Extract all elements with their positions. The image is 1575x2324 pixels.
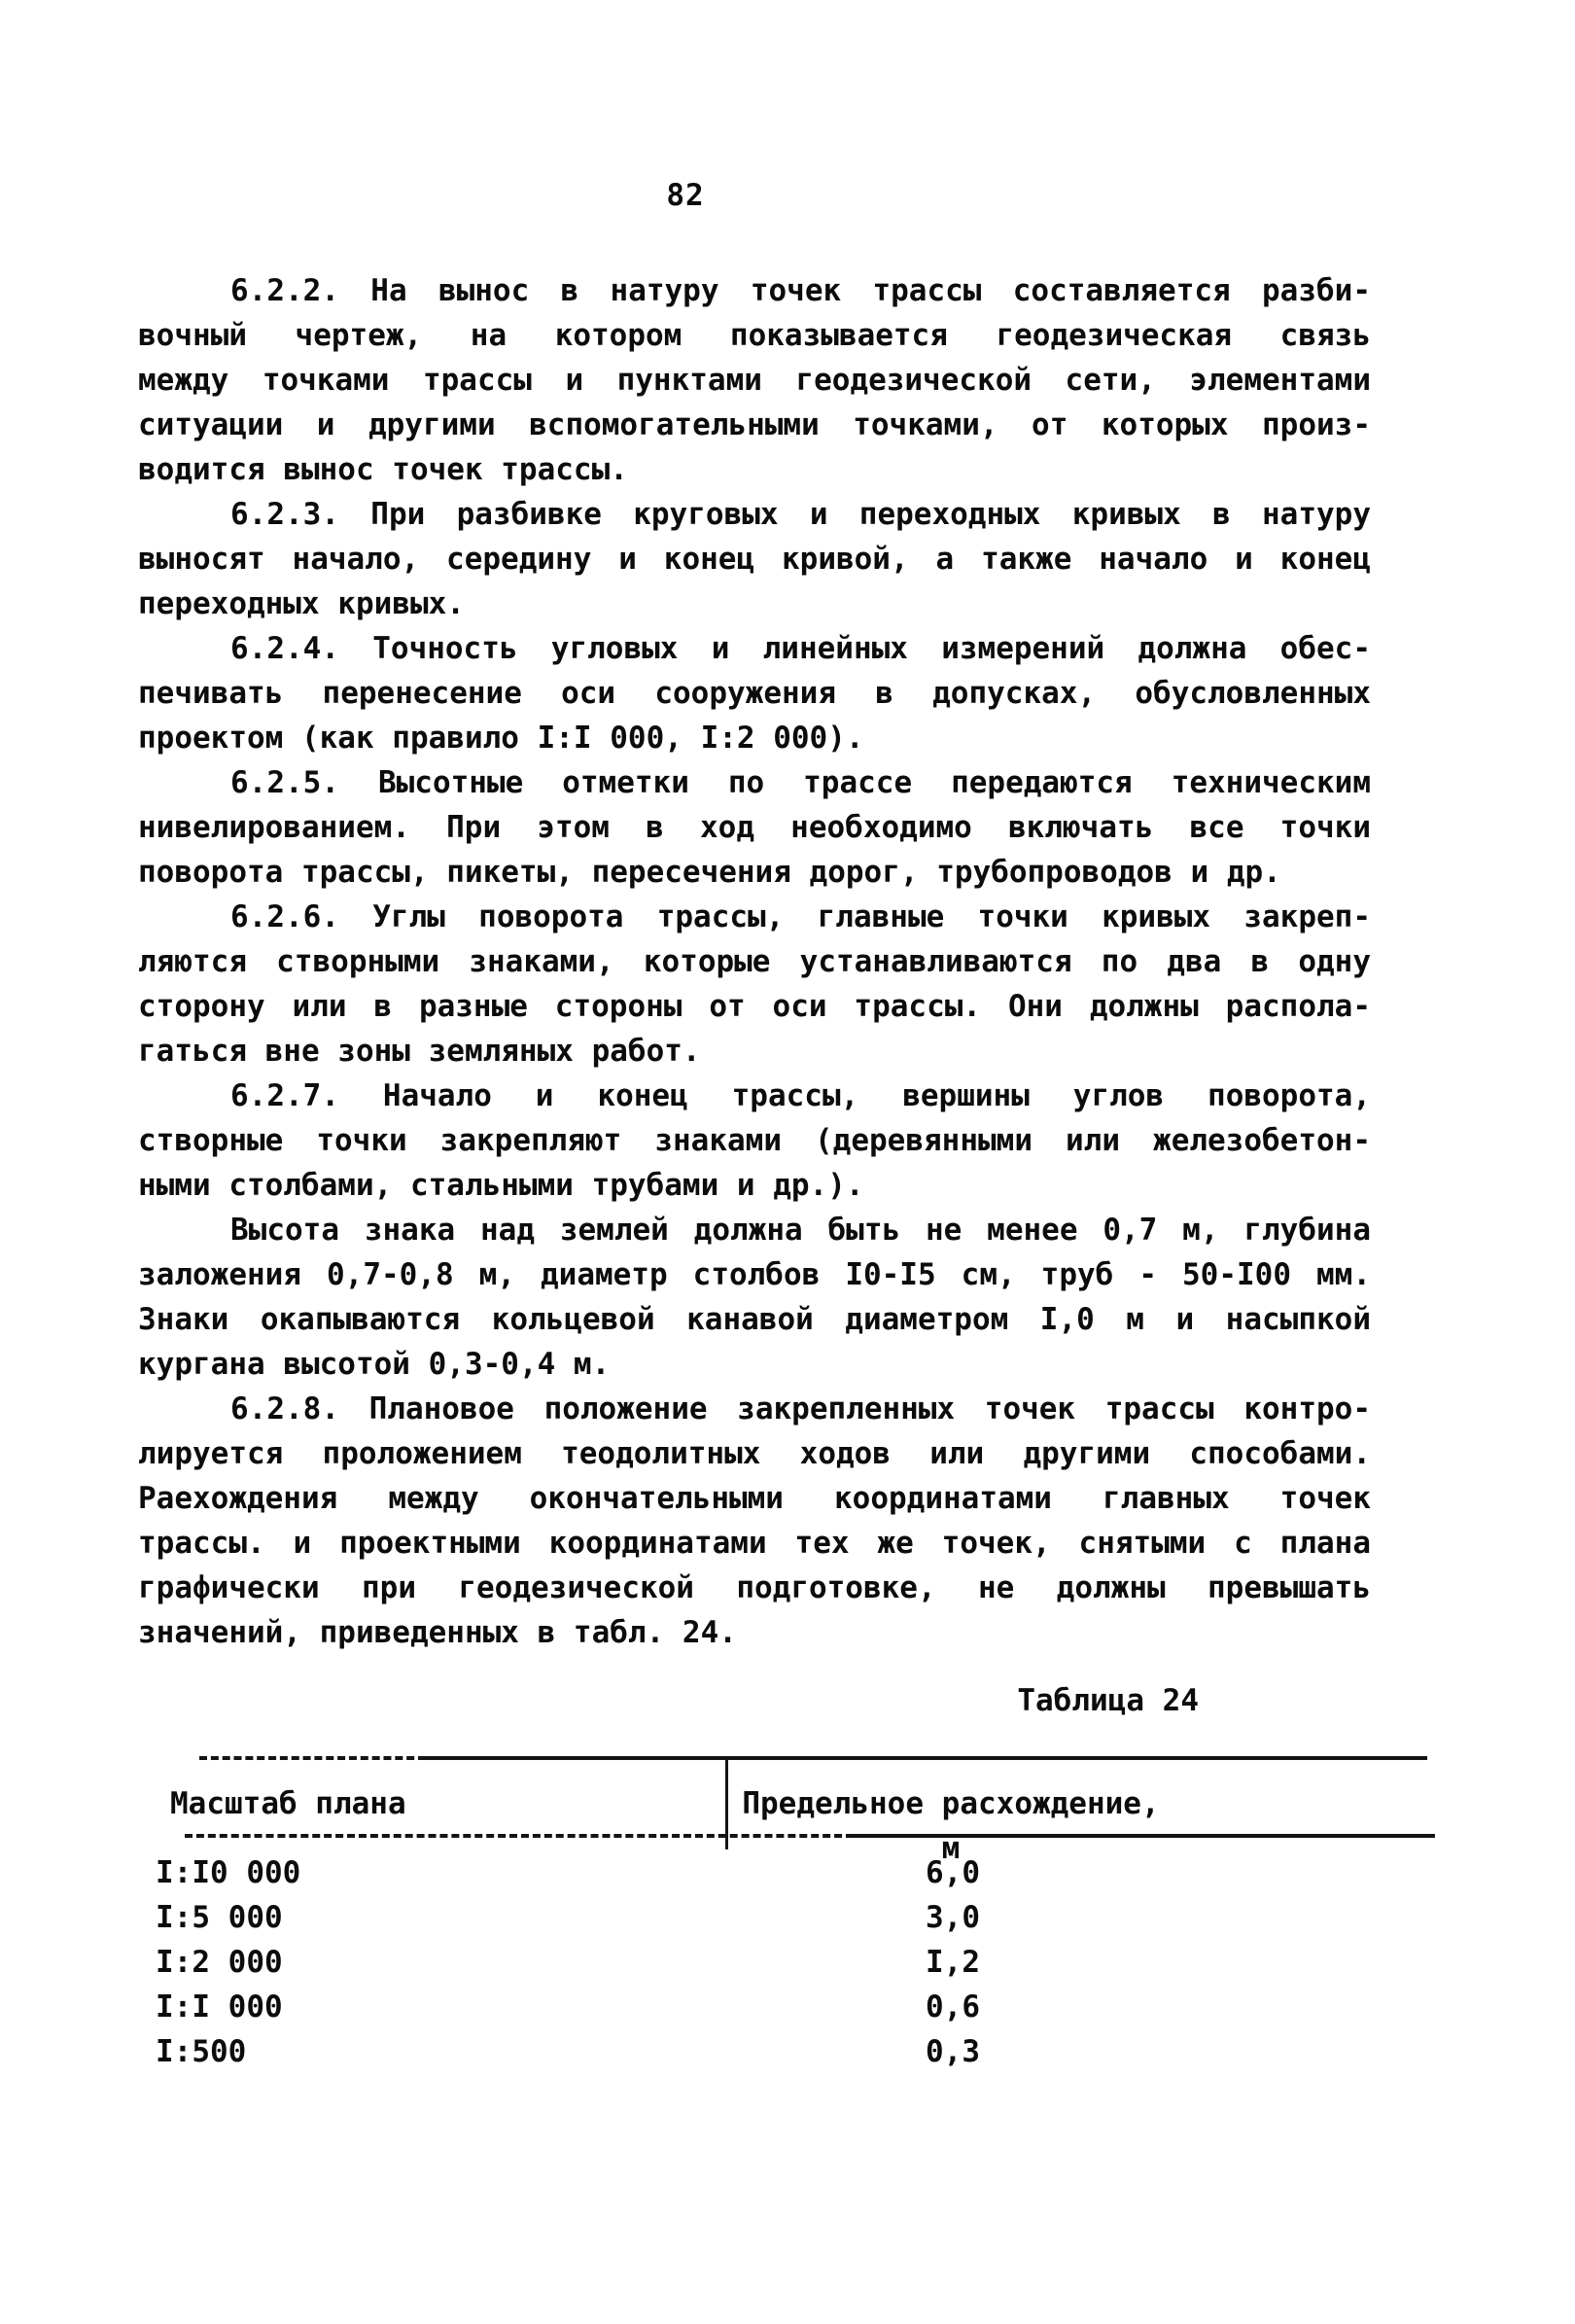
scale-cell: I:2 000 [156, 1940, 865, 1985]
text-line: печивать перенесение оси сооружения в до… [138, 671, 1371, 716]
text-line: заложения 0,7-0,8 м, диаметр столбов I0-… [138, 1252, 1371, 1297]
text-line: 6.2.8. Плановое положение закрепленных т… [138, 1387, 1371, 1431]
text-line: Высота знака над землей должна быть не м… [138, 1208, 1371, 1252]
text-line: створные точки закрепляют знаками (дерев… [138, 1118, 1371, 1163]
text-line: Знаки окапываются кольцевой канавой диам… [138, 1297, 1371, 1342]
text-line: 6.2.2. На вынос в натуру точек трассы со… [138, 268, 1371, 313]
table-row: I:2 000 I,2 [156, 1940, 1429, 1985]
text-line: ситуации и другими вспомогательными точк… [138, 403, 1371, 447]
text-line: лируется проложением теодолитных ходов и… [138, 1431, 1371, 1476]
table-row: I:500 0,3 [156, 2029, 1429, 2074]
page-number: 82 [0, 178, 1371, 213]
text-line: водится вынос точек трассы. [138, 447, 1371, 492]
table-header-separator-dashed [185, 1834, 854, 1838]
scanned-document-page: 82 6.2.2. На вынос в натуру точек трассы… [0, 0, 1575, 2324]
value-cell: 0,3 [865, 2029, 1040, 2074]
table-caption: Таблица 24 [136, 1678, 1199, 1723]
text-line: гаться вне зоны земляных работ. [138, 1029, 1371, 1074]
text-line: 6.2.6. Углы поворота трассы, главные точ… [138, 895, 1371, 939]
table-row: I:5 000 3,0 [156, 1895, 1429, 1940]
scale-cell: I:500 [156, 2029, 865, 2074]
scale-cell: I:5 000 [156, 1895, 865, 1940]
value-cell: 3,0 [865, 1895, 1040, 1940]
text-line: проектом (как правило I:I 000, I:2 000). [138, 716, 1371, 760]
text-line: значений, приведенных в табл. 24. [138, 1610, 1371, 1655]
text-line: Раехождения между окончательными координ… [138, 1476, 1371, 1521]
table-header-separator-solid [854, 1834, 1435, 1838]
text-line: ными столбами, стальными трубами и др.). [138, 1163, 1371, 1208]
value-cell: 0,6 [865, 1985, 1040, 2029]
text-line: поворота трассы, пикеты, пересечения дор… [138, 850, 1371, 895]
text-line: сторону или в разные стороны от оси трас… [138, 984, 1371, 1029]
table-row: I:I0 000 6,0 [156, 1850, 1429, 1895]
body-text-block: 6.2.2. На вынос в натуру точек трассы со… [138, 268, 1371, 1655]
text-line: графически при геодезической подготовке,… [138, 1566, 1371, 1610]
text-line: 6.2.7. Начало и конец трассы, вершины уг… [138, 1074, 1371, 1118]
text-line: нивелированием. При этом в ход необходим… [138, 805, 1371, 850]
text-line: трассы. и проектными координатами тех же… [138, 1521, 1371, 1566]
text-line: выносят начало, середину и конец кривой,… [138, 537, 1371, 581]
scale-cell: I:I0 000 [156, 1850, 865, 1895]
text-line: ляются створными знаками, которые устана… [138, 939, 1371, 984]
value-cell: 6,0 [865, 1850, 1040, 1895]
scale-cell: I:I 000 [156, 1985, 865, 2029]
table-row: I:I 000 0,6 [156, 1985, 1429, 2029]
table-body: I:I0 000 6,0 I:5 000 3,0 I:2 000 I,2 I:I… [156, 1850, 1429, 2074]
table-top-border-solid [426, 1756, 1427, 1760]
text-line: между точками трассы и пунктами геодезич… [138, 358, 1371, 403]
table-header-scale: Масштаб плана [170, 1781, 406, 1826]
table-header-discrepancy: Предельное расхождение, м [737, 1781, 1165, 1826]
text-line: вочный чертеж, на котором показывается г… [138, 313, 1371, 358]
table-top-border-dashed [199, 1756, 426, 1760]
value-cell: I,2 [865, 1940, 1040, 1985]
text-line: 6.2.3. При разбивке круговых и переходны… [138, 492, 1371, 537]
text-line: переходных кривых. [138, 581, 1371, 626]
text-line: 6.2.4. Точность угловых и линейных измер… [138, 626, 1371, 671]
text-line: кургана высотой 0,3-0,4 м. [138, 1342, 1371, 1387]
text-line: 6.2.5. Высотные отметки по трассе переда… [138, 760, 1371, 805]
